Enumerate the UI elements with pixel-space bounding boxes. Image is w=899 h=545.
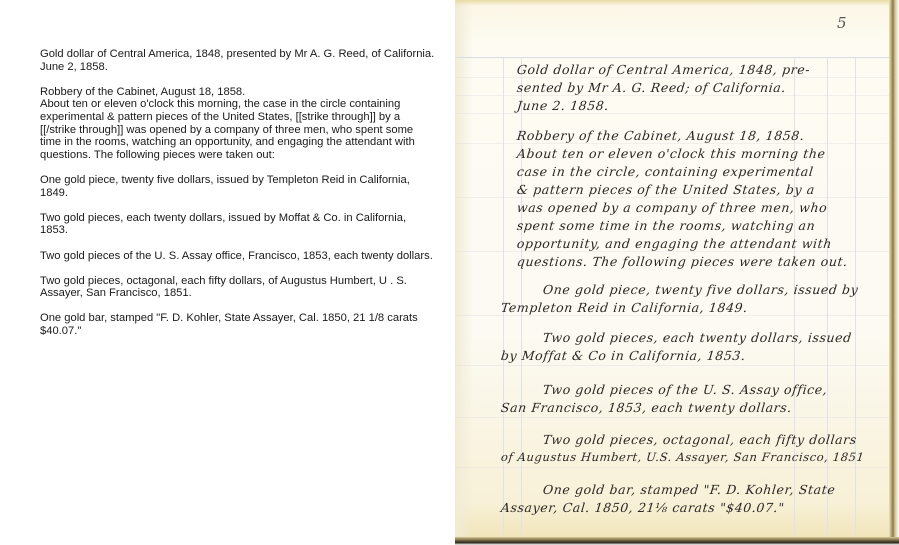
handwritten-line: Templeton Reid in California, 1849.: [455, 300, 899, 315]
entry-templeton-reid: One gold piece, twenty five dollars, iss…: [40, 174, 435, 199]
handwritten-line: San Francisco, 1853, each twenty dollars…: [455, 400, 899, 415]
entry-assay-office: Two gold pieces of the U. S. Assay offic…: [40, 250, 435, 263]
handwritten-line: Robbery of the Cabinet, August 18, 1858.: [455, 128, 899, 143]
handwritten-line: About ten or eleven o'clock this morning…: [455, 146, 899, 161]
entry-humbert: Two gold pieces, octagonal, each fifty d…: [40, 275, 435, 300]
entry-robbery: Robbery of the Cabinet, August 18, 1858.…: [40, 86, 435, 162]
handwritten-line: Gold dollar of Central America, 1848, pr…: [455, 62, 899, 77]
page-number: 5: [837, 14, 847, 32]
entry-moffat: Two gold pieces, each twenty dollars, is…: [40, 212, 435, 237]
entry-kohler-bar: One gold bar, stamped "F. D. Kohler, Sta…: [40, 312, 435, 337]
handwritten-line: by Moffat & Co in California, 1853.: [455, 348, 899, 363]
handwritten-line: spent some time in the rooms, watching a…: [455, 218, 899, 233]
page-bottom-edge: [455, 537, 899, 545]
handwritten-line: Assayer, Cal. 1850, 21⅛ carats "$40.07.": [455, 500, 899, 515]
page-top-edge: [455, 0, 899, 6]
handwritten-line: & pattern pieces of the United States, b…: [455, 182, 899, 197]
handwritten-line: One gold piece, twenty five dollars, iss…: [455, 282, 899, 297]
entry-gold-dollar: Gold dollar of Central America, 1848, pr…: [40, 48, 435, 73]
handwritten-line: opportunity, and engaging the attendant …: [455, 236, 899, 251]
handwritten-line: of Augustus Humbert, U.S. Assayer, San F…: [455, 450, 899, 464]
manuscript-page-image: 5 Gold dollar of Central America, 1848, …: [455, 0, 899, 545]
handwritten-line: was opened by a company of three men, wh…: [455, 200, 899, 215]
handwritten-line: June 2. 1858.: [455, 98, 899, 113]
handwritten-line: questions. The following pieces were tak…: [455, 254, 899, 269]
handwritten-line: sented by Mr A. G. Reed; of California.: [455, 80, 899, 95]
page-right-edge: [889, 0, 899, 545]
handwritten-line: Two gold pieces, each twenty dollars, is…: [455, 330, 899, 345]
transcription-panel: Gold dollar of Central America, 1848, pr…: [40, 48, 435, 350]
handwritten-line: case in the circle, containing experimen…: [455, 164, 899, 179]
handwritten-line: One gold bar, stamped "F. D. Kohler, Sta…: [455, 482, 899, 497]
handwritten-line: Two gold pieces of the U. S. Assay offic…: [455, 382, 899, 397]
handwritten-line: Two gold pieces, octagonal, each fifty d…: [455, 432, 899, 447]
